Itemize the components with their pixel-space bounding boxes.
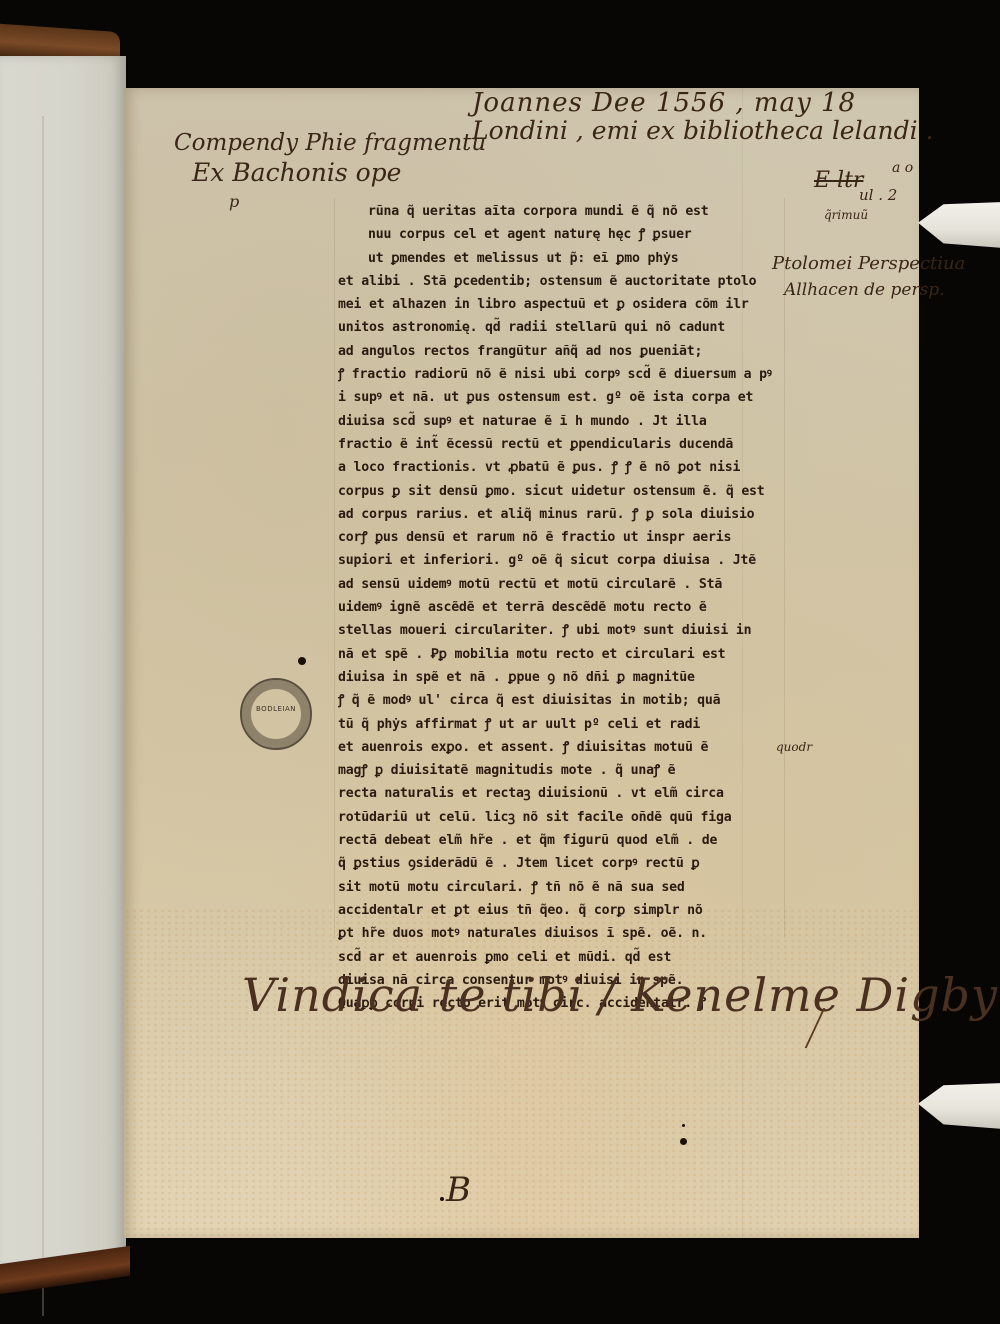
shelfmark-superscript: a o	[892, 160, 913, 176]
text-line: tũ q̃ phẏs affirmat ꝭ ut ar uult pº celi…	[338, 713, 783, 736]
text-line: fractio ẽ int̃ ẽcessũ rectũ et ꝑpendicul…	[338, 433, 783, 456]
bookmark-strip-upper	[918, 202, 1000, 248]
shelfmark-second: ul . 2	[859, 186, 897, 204]
text-line: corpus ꝑ sit densũ ꝑmo. sicut uidetur os…	[338, 480, 783, 503]
text-line: scd̃ ar et auenrois ꝑmo celi et mũdi. qd…	[338, 946, 783, 969]
ink-dot	[680, 1138, 687, 1145]
bookmark-strip-lower	[918, 1083, 1000, 1129]
text-line: diuisa in spẽ et nã . ꝑpue ꝯ nõ dñi ꝑ ma…	[338, 666, 783, 689]
ink-dot	[298, 657, 306, 665]
dee-inscription-line1: Joannes Dee 1556 , may 18	[472, 88, 856, 118]
text-line: ad corpus rarius. et aliq̃ minus rarũ. ꝭ…	[338, 503, 783, 526]
library-stamp: BODLEIAN	[240, 678, 312, 750]
text-line: diuisa scd̃ supꝰ et naturae ẽ ĩ h mundo …	[338, 410, 783, 433]
shelfmark-main: E ltr	[814, 168, 863, 193]
ink-dot	[440, 1197, 444, 1201]
text-line: rotũdariũ ut celũ. licꝫ nõ sit facile oñ…	[338, 806, 783, 829]
facing-flyleaf	[0, 56, 126, 1268]
text-line: nã et spẽ . Ꝑꝑ mobilia motu recto et cir…	[338, 643, 783, 666]
text-line: ꝭ fractio radiorũ nõ ẽ nisi ubi corpꝰ sc…	[338, 363, 783, 386]
text-line: unitos astronomię. qd̃ radii stellarũ qu…	[338, 316, 783, 339]
flyleaf-fold-line	[42, 116, 44, 1316]
text-line: recta naturalis et rectaꝫ diuisionũ . vt…	[338, 782, 783, 805]
text-line: ad sensũ uidemꝰ motũ rectũ et motũ circu…	[338, 573, 783, 596]
manuscript-page: Joannes Dee 1556 , may 18 Londini , emi …	[124, 88, 919, 1238]
text-line: corꝭ ꝑus densũ et rarum nõ ẽ fractio ut …	[338, 526, 783, 549]
title-note-line1: Compendy Phie fragmentu	[174, 130, 486, 156]
text-line: et alibi . Stã ꝑcedentib; ostensum ẽ auc…	[338, 270, 783, 293]
title-note-line2: Ex Bachonis ope	[192, 158, 401, 187]
main-text-block: rũna q̃ ueritas aĩta corpora mundi ẽ q̃ …	[338, 200, 783, 1015]
text-line: ut ꝑmendes et melissus ut p̃: eĩ ꝑmo phẏ…	[338, 247, 783, 270]
text-line: ꝑt hr̃e duos motꝰ naturales diuisos ĩ sp…	[338, 922, 783, 945]
text-line: ad angulos rectos frangũtur añq̃ ad nos …	[338, 340, 783, 363]
shelfmark-third: q̃rimuũ	[824, 208, 868, 222]
text-line: mei et alhazen in libro aspectuũ et ꝑ os…	[338, 293, 783, 316]
ruling-right	[784, 198, 785, 938]
text-line: sit motũ motu circulari. ꝭ tñ nõ ẽ nã su…	[338, 876, 783, 899]
text-line: magꝭ ꝑ diuisitatẽ magnitudis mote . q̃ u…	[338, 759, 783, 782]
folio-mark: B	[446, 1170, 471, 1210]
text-line: a loco fractionis. vt ꝓbatũ ẽ ꝑus. ꝭ ꝭ ẽ…	[338, 456, 783, 479]
margin-note-alhacen: Allhacen de persp.	[784, 280, 945, 300]
text-line: uidemꝰ ignẽ ascẽdẽ et terrã descẽdẽ motu…	[338, 596, 783, 619]
text-line: rũna q̃ ueritas aĩta corpora mundi ẽ q̃ …	[338, 200, 783, 223]
text-line: stellas moueri circulariter. ꝭ ubi motꝰ …	[338, 619, 783, 642]
stamp-text: BODLEIAN	[242, 705, 310, 713]
ruling-left	[334, 198, 335, 938]
text-line: nuu corpus cel et agent naturę hęc ꝭ ꝑsu…	[338, 223, 783, 246]
text-line: accidentalr et ꝑt eius tñ q̃eo. q̃ corꝑ …	[338, 899, 783, 922]
margin-note-ptolemy: Ptolomei Perspectiua	[772, 253, 965, 274]
dee-inscription-line2: Londini , emi ex bibliotheca lelandi .	[472, 116, 934, 145]
title-note-line3: p	[229, 192, 239, 211]
text-line: supiori et inferiori. gº oẽ q̃ sicut cor…	[338, 549, 783, 572]
ink-dot	[682, 1124, 685, 1127]
text-line: ꝭ q̃ ẽ modꝰ ul' circa q̃ est diuisitas i…	[338, 689, 783, 712]
digby-signature: Vindica te tibi / Kenelme Digby	[242, 968, 998, 1022]
text-line: i supꝰ et nã. ut ꝑus ostensum est. gº oẽ…	[338, 386, 783, 409]
text-line: rectã debeat elm̃ hr̃e . et q̃m figurũ q…	[338, 829, 783, 852]
text-line: q̃ ꝑstius ꝯsiderãdũ ẽ . Jtem licet corpꝰ…	[338, 852, 783, 875]
text-line: et auenrois exꝑo. et assent. ꝭ diuisitas…	[338, 736, 783, 759]
